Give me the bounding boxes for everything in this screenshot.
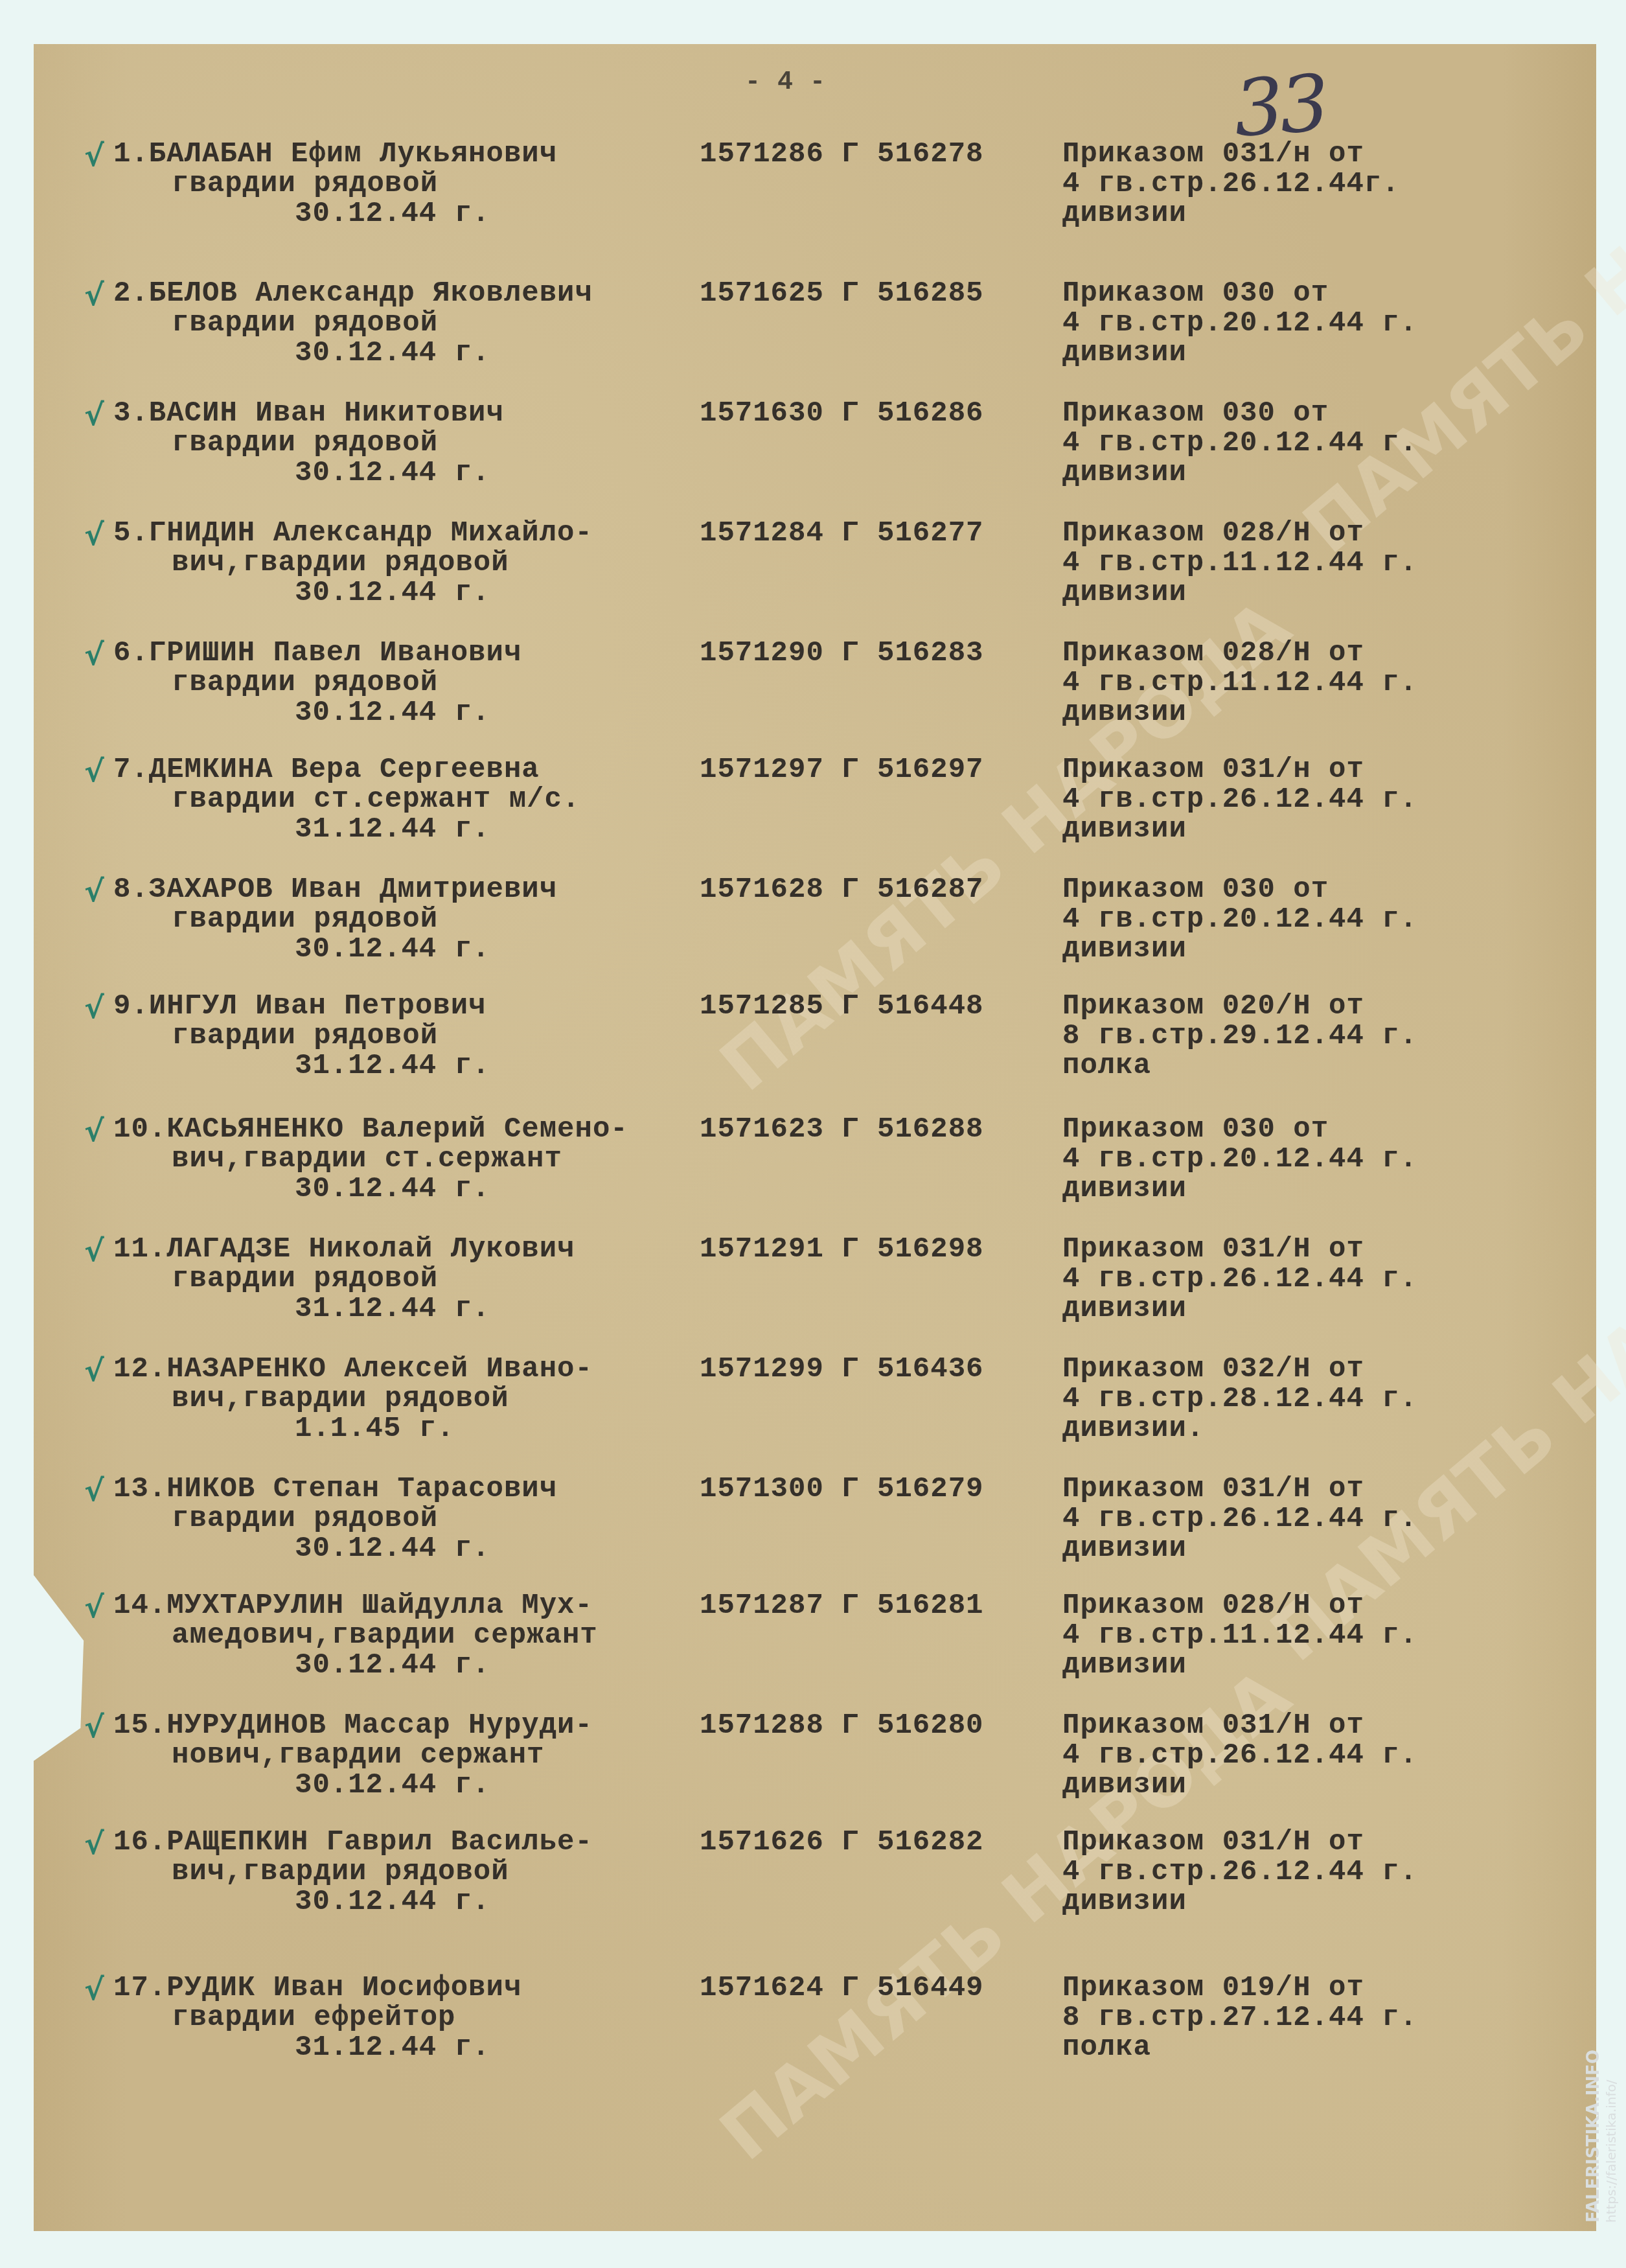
recipient-name: 5.ГНИДИН Александр Михайло- (113, 518, 593, 548)
award-entry: √15.НУРУДИНОВ Массар Нуруди-нович,гварди… (0, 1711, 1626, 1814)
recipient: 15.НУРУДИНОВ Массар Нуруди-нович,гвардии… (113, 1711, 593, 1800)
recipient: 8.ЗАХАРОВ Иван Дмитриевичгвардии рядовой… (113, 875, 557, 964)
recipient-rank: амедович,гвардии сержант (113, 1621, 598, 1650)
recipient-name: 13.НИКОВ Степан Тарасович (113, 1474, 557, 1504)
award-numbers: 1571287 Г 516281 (700, 1591, 983, 1621)
site-watermark-url: https://faleristika.info/ (1603, 2050, 1619, 2223)
check-mark-icon: √ (84, 1826, 104, 1861)
recipient-date: 30.12.44 г. (113, 1174, 628, 1204)
order-line-1: Приказом 028/Н от (1062, 638, 1417, 668)
recipient-rank: вич,гвардии рядовой (113, 548, 593, 578)
recipient-name: 6.ГРИШИН Павел Иванович (113, 638, 521, 668)
order-line-2: 4 гв.стр.26.12.44г. (1062, 169, 1400, 199)
recipient-rank: гвардии рядовой (113, 668, 521, 698)
check-mark-icon: √ (84, 637, 104, 672)
order-line-2: 4 гв.стр.11.12.44 г. (1062, 668, 1417, 698)
award-numbers: 1571630 Г 516286 (700, 399, 983, 428)
order-line-2: 4 гв.стр.28.12.44 г. (1062, 1384, 1417, 1414)
recipient-name: 11.ЛАГАДЗЕ Николай Лукович (113, 1234, 575, 1264)
order-line-3: дивизии (1062, 338, 1417, 368)
recipient-name: 16.РАЩЕПКИН Гаврил Василье- (113, 1827, 593, 1857)
award-entry: √13.НИКОВ Степан Тарасовичгвардии рядово… (0, 1474, 1626, 1578)
recipient-rank: нович,гвардии сержант (113, 1741, 593, 1770)
award-order: Приказом 031/Н от4 гв.стр.26.12.44 г.див… (1062, 1234, 1417, 1324)
recipient: 11.ЛАГАДЗЕ Николай Луковичгвардии рядово… (113, 1234, 575, 1324)
award-numbers: 1571297 Г 516297 (700, 755, 983, 785)
recipient-name: 3.ВАСИН Иван Никитович (113, 399, 504, 428)
order-line-2: 4 гв.стр.26.12.44 г. (1062, 1264, 1417, 1294)
recipient: 3.ВАСИН Иван Никитовичгвардии рядовой30.… (113, 399, 504, 488)
recipient-date: 30.12.44 г. (113, 199, 557, 229)
check-mark-icon: √ (84, 1113, 104, 1148)
award-entry: √14.МУХТАРУЛИН Шайдулла Мух-амедович,гва… (0, 1591, 1626, 1695)
award-order: Приказом 028/Н от4 гв.стр.11.12.44 г.див… (1062, 518, 1417, 608)
recipient-name: 10.КАСЬЯНЕНКО Валерий Семено- (113, 1115, 628, 1144)
recipient-name: 1.БАЛАБАН Ефим Лукьянович (113, 139, 557, 169)
check-mark-icon: √ (84, 1709, 104, 1744)
recipient-date: 30.12.44 г. (113, 934, 557, 964)
award-order: Приказом 031/Н от4 гв.стр.26.12.44 г.див… (1062, 1711, 1417, 1800)
order-line-3: дивизии (1062, 1770, 1417, 1800)
order-line-2: 4 гв.стр.26.12.44 г. (1062, 1857, 1417, 1887)
award-order: Приказом 031/н от4 гв.стр.26.12.44 г.див… (1062, 755, 1417, 844)
award-entry: √17.РУДИК Иван Иосифовичгвардии ефрейтор… (0, 1973, 1626, 2077)
award-entry: √6.ГРИШИН Павел Ивановичгвардии рядовой3… (0, 638, 1626, 742)
award-numbers: 1571628 Г 516287 (700, 875, 983, 905)
recipient: 2.БЕЛОВ Александр Яковлевичгвардии рядов… (113, 279, 593, 368)
award-numbers: 1571286 Г 516278 (700, 139, 983, 169)
recipient-rank: гвардии рядовой (113, 308, 593, 338)
order-line-1: Приказом 031/Н от (1062, 1474, 1417, 1504)
recipient: 6.ГРИШИН Павел Ивановичгвардии рядовой30… (113, 638, 521, 728)
order-line-2: 8 гв.стр.29.12.44 г. (1062, 1021, 1417, 1051)
order-line-2: 4 гв.стр.11.12.44 г. (1062, 1621, 1417, 1650)
award-numbers: 1571300 Г 516279 (700, 1474, 983, 1504)
recipient-date: 31.12.44 г. (113, 1051, 490, 1081)
recipient-date: 30.12.44 г. (113, 1534, 557, 1564)
recipient-rank: гвардии рядовой (113, 428, 504, 458)
check-mark-icon: √ (84, 138, 104, 173)
recipient: 7.ДЕМКИНА Вера Сергеевнагвардии ст.сержа… (113, 755, 580, 844)
order-line-3: дивизии (1062, 934, 1417, 964)
award-numbers: 1571624 Г 516449 (700, 1973, 983, 2003)
recipient-date: 1.1.45 г. (113, 1414, 593, 1444)
page-number-header: - 4 - (745, 68, 826, 98)
award-numbers: 1571623 Г 516288 (700, 1115, 983, 1144)
recipient-rank: вич,гвардии рядовой (113, 1857, 593, 1887)
recipient-name: 12.НАЗАРЕНКО Алексей Ивано- (113, 1354, 593, 1384)
check-mark-icon: √ (84, 874, 104, 908)
check-mark-icon: √ (84, 1233, 104, 1268)
order-line-3: дивизии (1062, 578, 1417, 608)
order-line-2: 4 гв.стр.20.12.44 г. (1062, 428, 1417, 458)
order-line-3: дивизии (1062, 1887, 1417, 1917)
order-line-2: 4 гв.стр.26.12.44 г. (1062, 1741, 1417, 1770)
order-line-1: Приказом 031/н от (1062, 755, 1417, 785)
award-entry: √7.ДЕМКИНА Вера Сергеевнагвардии ст.серж… (0, 755, 1626, 859)
recipient: 5.ГНИДИН Александр Михайло-вич,гвардии р… (113, 518, 593, 608)
order-line-3: дивизии (1062, 698, 1417, 728)
award-order: Приказом 031/Н от4 гв.стр.26.12.44 г.див… (1062, 1474, 1417, 1564)
recipient-name: 15.НУРУДИНОВ Массар Нуруди- (113, 1711, 593, 1741)
award-order: Приказом 028/Н от4 гв.стр.11.12.44 г.див… (1062, 638, 1417, 728)
order-line-2: 4 гв.стр.20.12.44 г. (1062, 1144, 1417, 1174)
check-mark-icon: √ (84, 754, 104, 789)
order-line-2: 4 гв.стр.20.12.44 г. (1062, 905, 1417, 934)
award-numbers: 1571626 Г 516282 (700, 1827, 983, 1857)
order-line-1: Приказом 030 от (1062, 279, 1417, 308)
award-numbers: 1571288 Г 516280 (700, 1711, 983, 1741)
recipient-rank: вич,гвардии ст.сержант (113, 1144, 628, 1174)
order-line-1: Приказом 028/Н от (1062, 1591, 1417, 1621)
order-line-1: Приказом 028/Н от (1062, 518, 1417, 548)
check-mark-icon: √ (84, 990, 104, 1025)
award-order: Приказом 032/Н от4 гв.стр.28.12.44 г.див… (1062, 1354, 1417, 1444)
award-entry: √5.ГНИДИН Александр Михайло-вич,гвардии … (0, 518, 1626, 622)
recipient-date: 30.12.44 г. (113, 1770, 593, 1800)
order-line-1: Приказом 031/Н от (1062, 1711, 1417, 1741)
recipient: 17.РУДИК Иван Иосифовичгвардии ефрейтор3… (113, 1973, 521, 2063)
recipient: 13.НИКОВ Степан Тарасовичгвардии рядовой… (113, 1474, 557, 1564)
order-line-3: дивизии (1062, 1294, 1417, 1324)
recipient-rank: гвардии рядовой (113, 905, 557, 934)
check-mark-icon: √ (84, 1972, 104, 2007)
order-line-3: полка (1062, 2033, 1417, 2063)
order-line-3: дивизии (1062, 199, 1400, 229)
award-numbers: 1571291 Г 516298 (700, 1234, 983, 1264)
order-line-3: дивизии (1062, 1174, 1417, 1204)
order-line-3: дивизии (1062, 815, 1417, 844)
recipient-rank: гвардии ст.сержант м/с. (113, 785, 580, 815)
recipient: 9.ИНГУЛ Иван Петровичгвардии рядовой31.1… (113, 991, 490, 1081)
recipient-date: 31.12.44 г. (113, 2033, 521, 2063)
recipient-date: 30.12.44 г. (113, 338, 593, 368)
recipient-date: 31.12.44 г. (113, 815, 580, 844)
recipient-date: 30.12.44 г. (113, 1887, 593, 1917)
check-mark-icon: √ (84, 517, 104, 552)
recipient-name: 17.РУДИК Иван Иосифович (113, 1973, 521, 2003)
order-line-3: дивизии (1062, 1650, 1417, 1680)
award-entry: √9.ИНГУЛ Иван Петровичгвардии рядовой31.… (0, 991, 1626, 1095)
award-order: Приказом 030 от4 гв.стр.20.12.44 г.дивиз… (1062, 399, 1417, 488)
award-order: Приказом 030 от4 гв.стр.20.12.44 г.дивиз… (1062, 279, 1417, 368)
recipient-rank: гвардии ефрейтор (113, 2003, 521, 2033)
recipient-date: 31.12.44 г. (113, 1294, 575, 1324)
recipient-date: 30.12.44 г. (113, 1650, 598, 1680)
order-line-1: Приказом 030 от (1062, 399, 1417, 428)
recipient: 12.НАЗАРЕНКО Алексей Ивано-вич,гвардии р… (113, 1354, 593, 1444)
award-entry: √11.ЛАГАДЗЕ Николай Луковичгвардии рядов… (0, 1234, 1626, 1338)
recipient-date: 30.12.44 г. (113, 578, 593, 608)
order-line-3: дивизии (1062, 458, 1417, 488)
recipient-date: 30.12.44 г. (113, 698, 521, 728)
recipient: 1.БАЛАБАН Ефим Лукьяновичгвардии рядовой… (113, 139, 557, 229)
order-line-2: 4 гв.стр.26.12.44 г. (1062, 785, 1417, 815)
award-entry: √1.БАЛАБАН Ефим Лукьяновичгвардии рядово… (0, 139, 1626, 243)
order-line-1: Приказом 030 от (1062, 875, 1417, 905)
award-order: Приказом 031/Н от4 гв.стр.26.12.44 г.див… (1062, 1827, 1417, 1917)
check-mark-icon: √ (84, 1473, 104, 1508)
order-line-3: дивизии (1062, 1534, 1417, 1564)
order-line-1: Приказом 020/Н от (1062, 991, 1417, 1021)
recipient-name: 8.ЗАХАРОВ Иван Дмитриевич (113, 875, 557, 905)
award-numbers: 1571625 Г 516285 (700, 279, 983, 308)
award-entry: √12.НАЗАРЕНКО Алексей Ивано-вич,гвардии … (0, 1354, 1626, 1458)
order-line-1: Приказом 030 от (1062, 1115, 1417, 1144)
recipient: 14.МУХТАРУЛИН Шайдулла Мух-амедович,гвар… (113, 1591, 598, 1680)
order-line-2: 4 гв.стр.20.12.44 г. (1062, 308, 1417, 338)
award-order: Приказом 019/Н от8 гв.стр.27.12.44 г.пол… (1062, 1973, 1417, 2063)
recipient-name: 9.ИНГУЛ Иван Петрович (113, 991, 490, 1021)
recipient-rank: вич,гвардии рядовой (113, 1384, 593, 1414)
recipient-rank: гвардии рядовой (113, 169, 557, 199)
award-order: Приказом 030 от4 гв.стр.20.12.44 г.дивиз… (1062, 875, 1417, 964)
order-line-1: Приказом 031/Н от (1062, 1234, 1417, 1264)
order-line-2: 8 гв.стр.27.12.44 г. (1062, 2003, 1417, 2033)
award-numbers: 1571285 Г 516448 (700, 991, 983, 1021)
check-mark-icon: √ (84, 1353, 104, 1388)
order-line-2: 4 гв.стр.26.12.44 г. (1062, 1504, 1417, 1534)
award-entry: √8.ЗАХАРОВ Иван Дмитриевичгвардии рядово… (0, 875, 1626, 978)
award-entry: √2.БЕЛОВ Александр Яковлевичгвардии рядо… (0, 279, 1626, 382)
site-watermark: FALERISTIKA.INFO https://faleristika.inf… (1584, 2050, 1619, 2223)
order-line-2: 4 гв.стр.11.12.44 г. (1062, 548, 1417, 578)
award-numbers: 1571284 Г 516277 (700, 518, 983, 548)
recipient-name: 7.ДЕМКИНА Вера Сергеевна (113, 755, 580, 785)
order-line-1: Приказом 019/Н от (1062, 1973, 1417, 2003)
recipient-rank: гвардии рядовой (113, 1264, 575, 1294)
check-mark-icon: √ (84, 1590, 104, 1625)
check-mark-icon: √ (84, 277, 104, 312)
recipient: 16.РАЩЕПКИН Гаврил Василье-вич,гвардии р… (113, 1827, 593, 1917)
award-entry: √3.ВАСИН Иван Никитовичгвардии рядовой30… (0, 399, 1626, 502)
order-line-3: полка (1062, 1051, 1417, 1081)
recipient-name: 2.БЕЛОВ Александр Яковлевич (113, 279, 593, 308)
award-order: Приказом 031/н от4 гв.стр.26.12.44г.диви… (1062, 139, 1400, 229)
recipient-rank: гвардии рядовой (113, 1021, 490, 1051)
recipient-rank: гвардии рядовой (113, 1504, 557, 1534)
order-line-1: Приказом 031/н от (1062, 139, 1400, 169)
recipient-date: 30.12.44 г. (113, 458, 504, 488)
award-order: Приказом 028/Н от4 гв.стр.11.12.44 г.див… (1062, 1591, 1417, 1680)
site-watermark-name: FALERISTIKA.INFO (1584, 2050, 1603, 2223)
order-line-1: Приказом 032/Н от (1062, 1354, 1417, 1384)
recipient-name: 14.МУХТАРУЛИН Шайдулла Мух- (113, 1591, 598, 1621)
award-entry: √16.РАЩЕПКИН Гаврил Василье-вич,гвардии … (0, 1827, 1626, 1931)
award-entry: √10.КАСЬЯНЕНКО Валерий Семено-вич,гварди… (0, 1115, 1626, 1218)
order-line-3: дивизии. (1062, 1414, 1417, 1444)
order-line-1: Приказом 031/Н от (1062, 1827, 1417, 1857)
award-numbers: 1571299 Г 516436 (700, 1354, 983, 1384)
award-order: Приказом 020/Н от8 гв.стр.29.12.44 г.пол… (1062, 991, 1417, 1081)
recipient: 10.КАСЬЯНЕНКО Валерий Семено-вич,гвардии… (113, 1115, 628, 1204)
check-mark-icon: √ (84, 397, 104, 432)
award-order: Приказом 030 от4 гв.стр.20.12.44 г.дивиз… (1062, 1115, 1417, 1204)
award-numbers: 1571290 Г 516283 (700, 638, 983, 668)
